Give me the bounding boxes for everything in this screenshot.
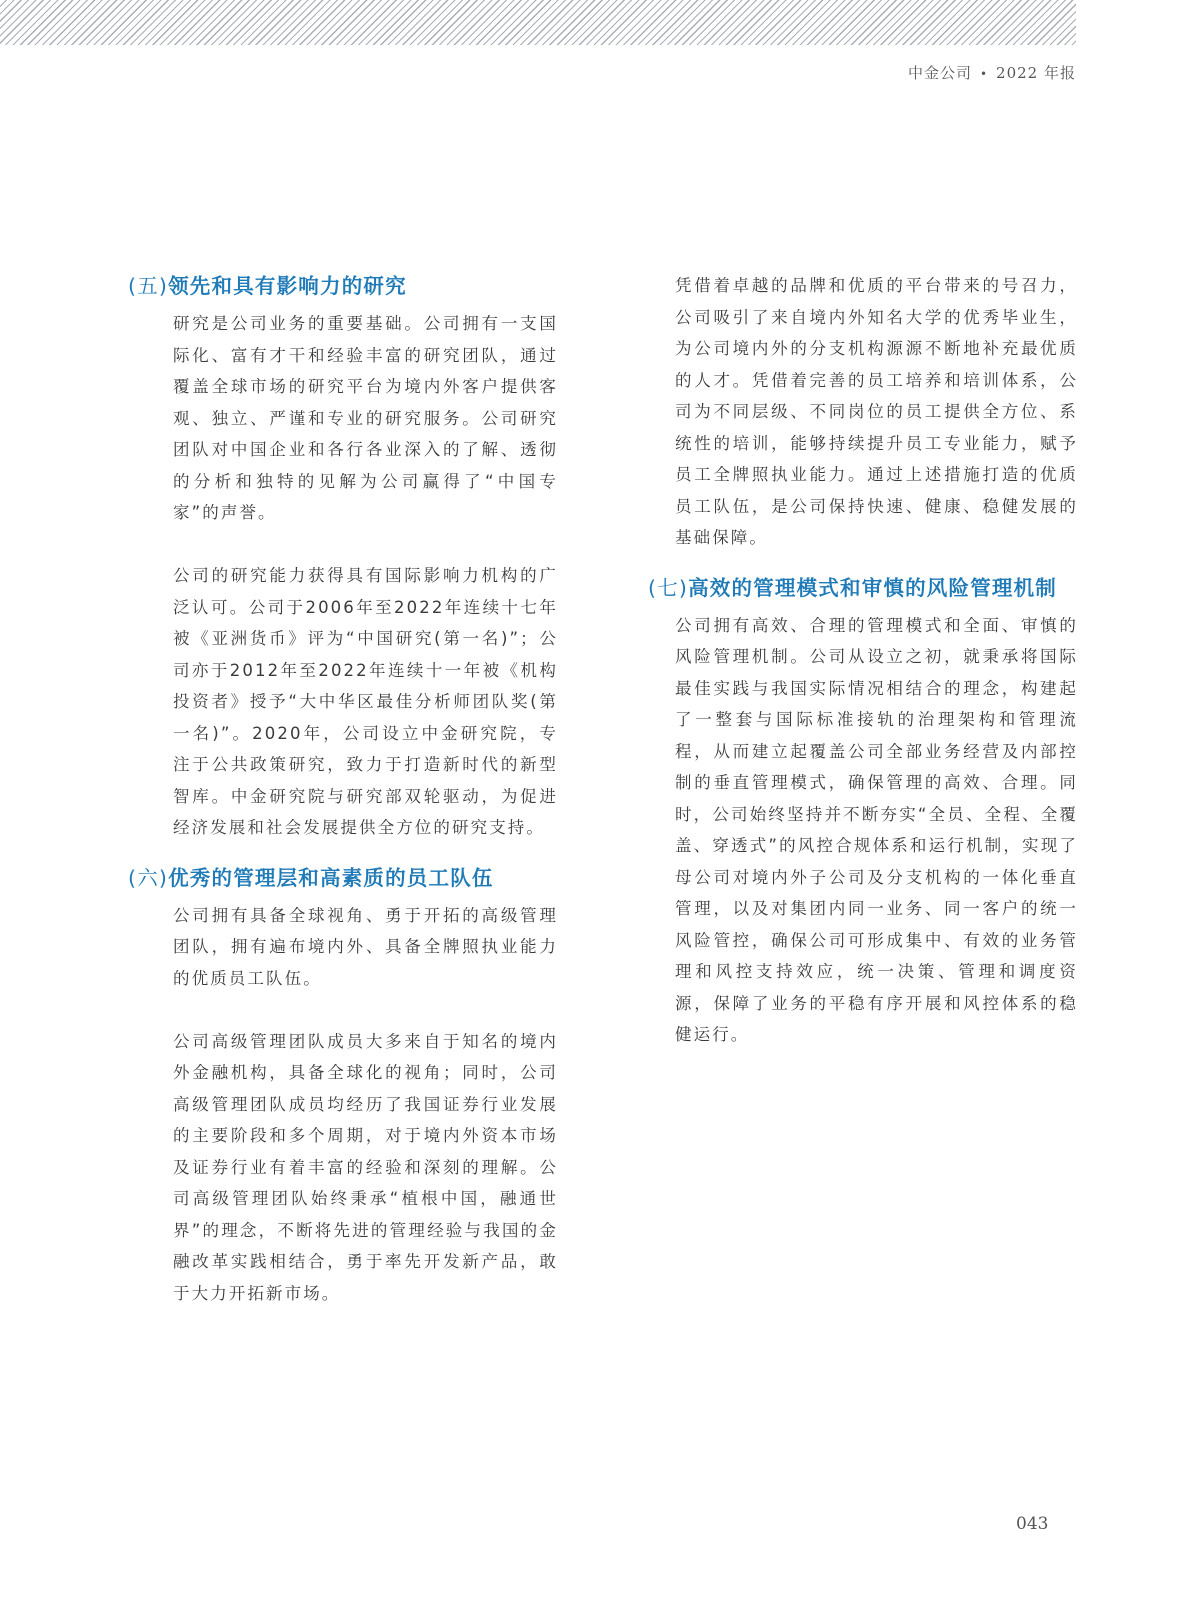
section-title: 领先和具有影响力的研究: [168, 270, 558, 302]
section-heading-5: (五)领先和具有影响力的研究: [128, 270, 558, 302]
section-title: 优秀的管理层和高素质的员工队伍: [168, 862, 558, 894]
decorative-hatch-band: [0, 0, 1076, 45]
company-name: 中金公司: [908, 64, 972, 82]
paragraph: 公司拥有具备全球视角、勇于开拓的高级管理团队，拥有遍布境内外、具备全牌照执业能力…: [128, 900, 558, 995]
running-header: 中金公司•2022 年报: [908, 62, 1076, 83]
bullet-separator: •: [980, 67, 988, 81]
paragraph: 公司高级管理团队成员大多来自于知名的境内外金融机构，具备全球化的视角；同时，公司…: [128, 1026, 558, 1310]
paragraph: 研究是公司业务的重要基础。公司拥有一支国际化、富有才干和经验丰富的研究团队，通过…: [128, 308, 558, 529]
section-number: (五): [128, 270, 168, 302]
left-column: (五)领先和具有影响力的研究 研究是公司业务的重要基础。公司拥有一支国际化、富有…: [128, 270, 558, 1309]
paragraph-continued: 凭借着卓越的品牌和优质的平台带来的号召力，公司吸引了来自境内外知名大学的优秀毕业…: [648, 270, 1078, 554]
paragraph: 公司拥有高效、合理的管理模式和全面、审慎的风险管理机制。公司从设立之初，就秉承将…: [648, 610, 1078, 1051]
section-number: (六): [128, 862, 168, 894]
report-title: 2022 年报: [996, 64, 1076, 82]
section-title: 高效的管理模式和审慎的风险管理机制: [688, 572, 1078, 604]
section-heading-7: (七)高效的管理模式和审慎的风险管理机制: [648, 572, 1078, 604]
section-number: (七): [648, 572, 688, 604]
paragraph: 公司的研究能力获得具有国际影响力机构的广泛认可。公司于2006年至2022年连续…: [128, 560, 558, 844]
page-number: 043: [1016, 1514, 1048, 1534]
right-column: 凭借着卓越的品牌和优质的平台带来的号召力，公司吸引了来自境内外知名大学的优秀毕业…: [648, 270, 1078, 1051]
section-heading-6: (六)优秀的管理层和高素质的员工队伍: [128, 862, 558, 894]
